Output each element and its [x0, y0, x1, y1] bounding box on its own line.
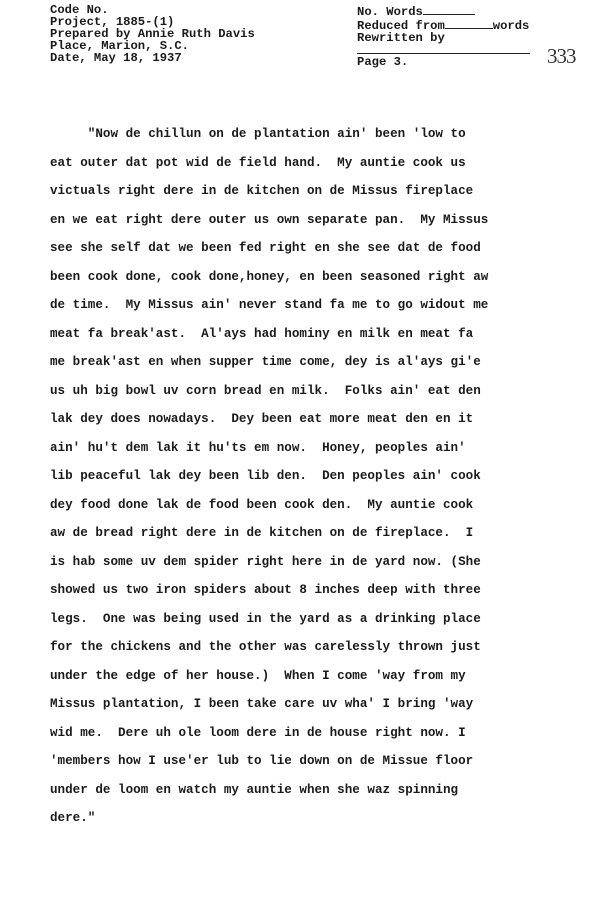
body-line: see she self dat we been fed right en sh… [50, 234, 570, 263]
body-line: wid me. Dere uh ole loom dere in de hous… [50, 719, 570, 748]
body-line: for the chickens and the other was carel… [50, 633, 570, 662]
body-line: dere." [50, 804, 570, 833]
date-line: Date, May 18, 1937 [50, 52, 255, 64]
body-line: me break'ast en when supper time come, d… [50, 348, 570, 377]
reduced-from-field: Reduced fromwords [357, 18, 529, 32]
body-line: legs. One was being used in the yard as … [50, 605, 570, 634]
header-right-block: No. Words Reduced fromwords Rewritten by… [357, 4, 529, 68]
body-line: lak dey does nowadays. Dey been eat more… [50, 405, 570, 434]
body-line: dey food done lak de food been cook den.… [50, 491, 570, 520]
reduced-words-label: words [493, 19, 530, 33]
body-line: 'members how I use'er lub to lie down on… [50, 747, 570, 776]
header-left-block: Code No. Project, 1885-(1) Prepared by A… [50, 4, 255, 64]
body-line: under de loom en watch my auntie when sh… [50, 776, 570, 805]
body-line: Missus plantation, I been take care uv w… [50, 690, 570, 719]
reduced-from-blank [445, 18, 493, 29]
body-line: aw de bread right dere in de kitchen on … [50, 519, 570, 548]
number-of-words-label: No. Words [357, 5, 423, 19]
body-line: lib peaceful lak dey been lib den. Den p… [50, 462, 570, 491]
rewritten-by-label: Rewritten by [357, 31, 445, 45]
body-line: ain' hu't dem lak it hu'ts em now. Honey… [50, 434, 570, 463]
rewritten-by-field: Rewritten by [357, 32, 529, 44]
body-line: under the edge of her house.) When I com… [50, 662, 570, 691]
body-line: en we eat right dere outer us own separa… [50, 206, 570, 235]
body-line: "Now de chillun on de plantation ain' be… [50, 120, 570, 149]
body-line: is hab some uv dem spider right here in … [50, 548, 570, 577]
body-line: showed us two iron spiders about 8 inche… [50, 576, 570, 605]
rewritten-by-rule [357, 53, 530, 54]
stamped-page-number: 333 [547, 44, 576, 69]
body-line: meat fa break'ast. Al'ays had hominy en … [50, 320, 570, 349]
page-number: Page 3. [357, 56, 529, 68]
body-line: eat outer dat pot wid de field hand. My … [50, 149, 570, 178]
body-line: us uh big bowl uv corn bread en milk. Fo… [50, 377, 570, 406]
narrative-body: "Now de chillun on de plantation ain' be… [50, 120, 570, 833]
number-of-words-blank [423, 4, 475, 15]
body-line: victuals right dere in de kitchen on de … [50, 177, 570, 206]
number-of-words-field: No. Words [357, 4, 529, 18]
body-line: been cook done, cook done,honey, en been… [50, 263, 570, 292]
body-line: de time. My Missus ain' never stand fa m… [50, 291, 570, 320]
